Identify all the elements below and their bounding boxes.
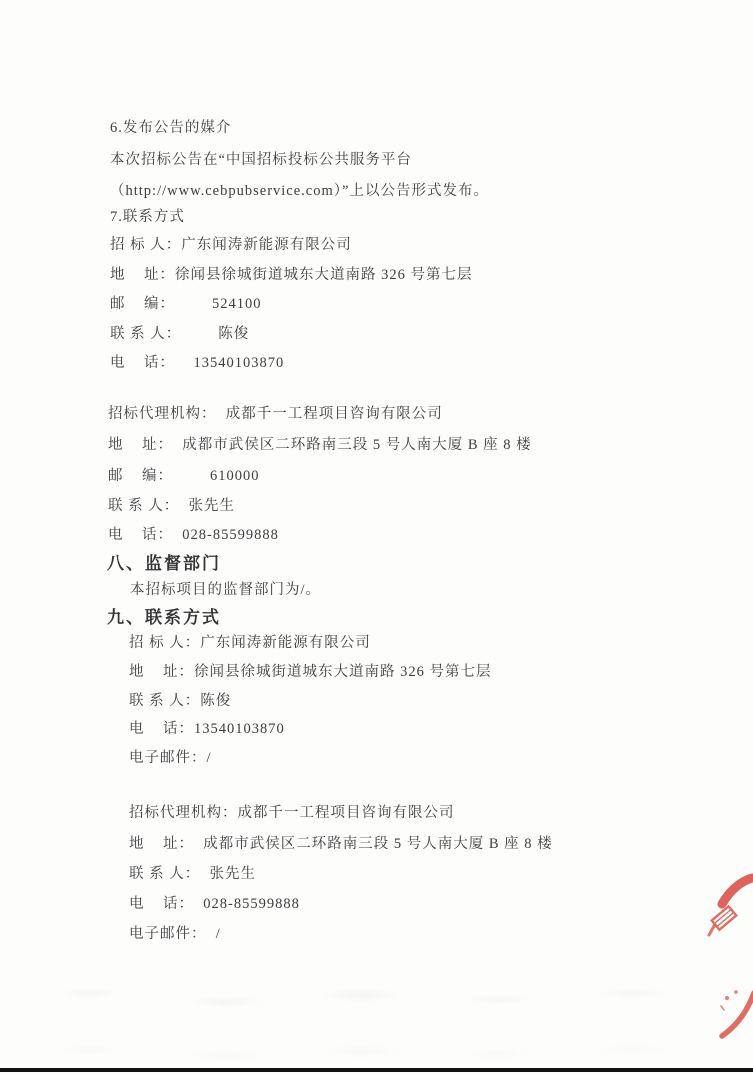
scan-noise: [0, 1040, 753, 1065]
red-seal-fragment-icon: [700, 872, 753, 942]
tenderer-email-line: 电子邮件：/: [129, 748, 212, 768]
tenderer-name-line: 招 标 人：广东闻涛新能源有限公司: [110, 235, 352, 255]
agency-name-line: 招标代理机构： 成都千一工程项目咨询有限公司: [108, 404, 443, 424]
tenderer-name-line: 招 标 人：广东闻涛新能源有限公司: [129, 633, 371, 653]
agency-email-line: 电子邮件： /: [129, 924, 221, 944]
agency-phone-line: 电 话： 028-85599888: [108, 525, 279, 545]
tenderer-phone-line: 电 话：13540103870: [129, 719, 285, 739]
agency-address-line: 地 址： 成都市武侯区二环路南三段 5 号人南大厦 B 座 8 楼: [108, 435, 532, 455]
tenderer-phone-line: 电 话： 13540103870: [110, 353, 284, 373]
agency-postcode-line: 邮 编： 610000: [108, 466, 260, 486]
agency-phone-line: 电 话： 028-85599888: [129, 894, 300, 914]
tenderer-contact-line: 联 系 人： 陈俊: [110, 324, 249, 344]
section8-heading: 八、监督部门: [107, 549, 221, 574]
section9-heading: 九、联系方式: [107, 603, 221, 628]
section6-heading: 6.发布公告的媒介: [110, 116, 231, 137]
scan-noise: [0, 975, 753, 1020]
scan-edge-line: [0, 1068, 753, 1072]
tenderer-postcode-line: 邮 编： 524100: [110, 294, 262, 314]
section8-body: 本招标项目的监督部门为/。: [130, 580, 321, 600]
section6-body: 本次招标公告在“中国招标投标公共服务平台（http://www.cebpubse…: [110, 145, 666, 206]
agency-address-line: 地 址： 成都市武侯区二环路南三段 5 号人南大厦 B 座 8 楼: [129, 834, 553, 854]
tenderer-contact-line: 联 系 人：陈俊: [129, 691, 231, 711]
agency-name-line: 招标代理机构：成都千一工程项目咨询有限公司: [129, 803, 455, 823]
agency-contact-line: 联 系 人： 张先生: [108, 496, 235, 516]
document-page: 6.发布公告的媒介 本次招标公告在“中国招标投标公共服务平台（http://ww…: [0, 0, 753, 1075]
agency-contact-line: 联 系 人： 张先生: [129, 864, 256, 884]
tenderer-address-line: 地 址：徐闻县徐城街道城东大道南路 326 号第七层: [129, 662, 492, 682]
section7-heading: 7.联系方式: [110, 205, 185, 226]
tenderer-address-line: 地 址：徐闻县徐城街道城东大道南路 326 号第七层: [110, 265, 473, 285]
